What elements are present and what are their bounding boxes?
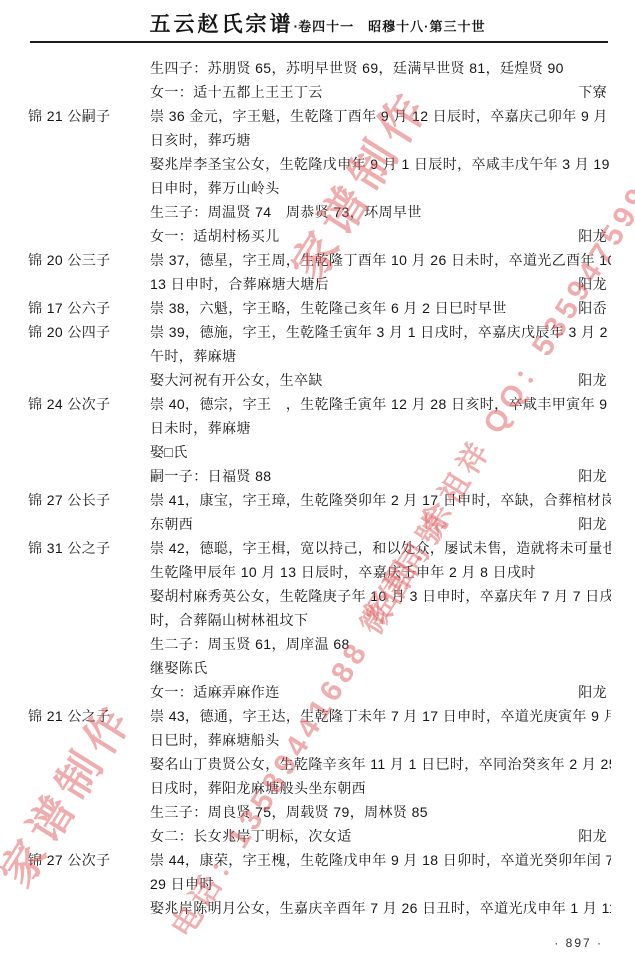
locality-tag: 阳龙 <box>578 368 607 392</box>
locality-tag: 阳龙 <box>578 224 607 248</box>
locality-tag: 阳龙 <box>578 272 607 296</box>
entry-text: 崇 39，德施，字王，生乾隆壬寅年 3 月 1 日戌时，卒嘉庆戊辰年 3 月 2… <box>150 320 611 344</box>
genealogy-page: 五云赵氏宗谱·卷四十一昭穆十八·第三十世 家谱制作 经理：余祖祥 QQ：5359… <box>0 0 635 968</box>
entry-text: 娶大河祝有开公女，生卒缺 <box>150 368 611 392</box>
text-line: 生乾隆甲辰年 10 月 13 日辰时，卒嘉庆壬申年 2 月 8 日戌时 <box>0 560 635 584</box>
text-line: 日未时，葬麻塘 <box>0 416 635 440</box>
volume-label: 卷四十一 <box>298 19 354 34</box>
text-line: 女一：适胡村杨买儿阳龙 <box>0 224 635 248</box>
text-line: 锦 24 公次子崇 40，德宗，字王 ，生乾隆壬寅年 12 月 28 日亥时，卒… <box>0 392 635 416</box>
body-lines: 生四子：苏朋贤 65，苏明早世贤 69，廷满早世贤 81，廷煌贤 90女一：适十… <box>0 56 635 920</box>
locality-tag: 下寮 <box>578 80 607 104</box>
entry-text: 女一：适麻弄麻作连 <box>150 680 611 704</box>
text-line: 嗣一子：日福贤 88阳龙 <box>0 464 635 488</box>
text-line: 日亥时，葬巧塘 <box>0 128 635 152</box>
entry-text: 生乾隆甲辰年 10 月 13 日辰时，卒嘉庆壬申年 2 月 8 日戌时 <box>150 560 611 584</box>
text-line: 13 日申时，合葬麻塘大塘后阳龙 <box>0 272 635 296</box>
book-title: 五云赵氏宗谱 <box>149 13 293 36</box>
text-line: 娶兆岸陈明月公女，生嘉庆辛酉年 7 月 26 日丑时，卒道光戊申年 1 月 11 <box>0 896 635 920</box>
text-line: 锦 27 公次子崇 44，康荣，字王槐，生乾隆戊申年 9 月 18 日卯时，卒道… <box>0 848 635 872</box>
entry-text: 日亥时，葬巧塘 <box>150 128 611 152</box>
text-line: 娶大河祝有开公女，生卒缺阳龙 <box>0 368 635 392</box>
text-line: 时，合葬隔山树林祖坟下 <box>0 608 635 632</box>
entry-label: 锦 17 公六子 <box>28 296 111 320</box>
entry-text: 女一：适十五都上王王丁云 <box>150 80 611 104</box>
entry-text: 午时，葬麻塘 <box>150 344 611 368</box>
text-line: 锦 27 公长子崇 41，康宝，字王璋，生乾隆癸卯年 2 月 17 日申时，卒缺… <box>0 488 635 512</box>
locality-tag: 阳龙 <box>578 512 607 536</box>
entry-text: 娶名山丁贵贤公女，生乾隆辛亥年 11 月 1 日巳时，卒同治癸亥年 2 月 25 <box>150 752 611 776</box>
text-line: 生二子：周玉贤 61，周庠温 68 <box>0 632 635 656</box>
entry-label: 锦 20 公四子 <box>28 320 111 344</box>
entry-text: 崇 42，德聪，字王楫，宽以持己，和以处众，屡试未售，造就将未可量也， <box>150 536 611 560</box>
entry-text: 日未时，葬麻塘 <box>150 416 611 440</box>
text-line: 女二：长女兆岸丁明标，次女适阳龙 <box>0 824 635 848</box>
entry-label: 锦 24 公次子 <box>28 392 111 416</box>
text-line: 生三子：周温贤 74 周恭贤 73，环周早世 <box>0 200 635 224</box>
text-line: 锦 20 公四子崇 39，德施，字王，生乾隆壬寅年 3 月 1 日戌时，卒嘉庆戊… <box>0 320 635 344</box>
entry-text: 13 日申时，合葬麻塘大塘后 <box>150 272 611 296</box>
entry-text: 女二：长女兆岸丁明标，次女适 <box>150 824 611 848</box>
text-line: 锦 21 公嗣子崇 36 金元，字王魁，生乾隆丁酉年 9 月 12 日辰时，卒嘉… <box>0 104 635 128</box>
entry-text: 29 日申时 <box>150 872 611 896</box>
entry-text: 娶兆岸李圣宝公女，生乾隆戊申年 9 月 1 日辰时，卒咸丰戊午年 3 月 19 <box>150 152 611 176</box>
entry-text: 嗣一子：日福贤 88 <box>150 464 611 488</box>
entry-label: 锦 27 公次子 <box>28 848 111 872</box>
entry-text: 娶□氏 <box>150 440 611 464</box>
entry-text: 女一：适胡村杨买儿 <box>150 224 611 248</box>
entry-text: 日巳时，葬麻塘船头 <box>150 728 611 752</box>
text-line: 日申时，葬万山岭头 <box>0 176 635 200</box>
entry-text: 崇 37，德星，字王周，生乾隆丁酉年 10 月 26 日未时，卒道光乙酉年 10… <box>150 248 611 272</box>
text-line: 日戌时，葬阳龙麻塘般头坐东朝西 <box>0 776 635 800</box>
entry-label: 锦 31 公之子 <box>28 536 111 560</box>
text-line: 锦 17 公六子崇 38，六魁，字王略，生乾隆己亥年 6 月 2 日巳时早世阳岙 <box>0 296 635 320</box>
entry-text: 崇 41，康宝，字王璋，生乾隆癸卯年 2 月 17 日申时，卒缺，合葬棺材岗坐 <box>150 488 611 512</box>
text-line: 日巳时，葬麻塘船头 <box>0 728 635 752</box>
text-line: 娶兆岸李圣宝公女，生乾隆戊申年 9 月 1 日辰时，卒咸丰戊午年 3 月 19 <box>0 152 635 176</box>
text-line: 东朝西阳龙 <box>0 512 635 536</box>
text-line: 29 日申时 <box>0 872 635 896</box>
entry-text: 日申时，葬万山岭头 <box>150 176 611 200</box>
entry-text: 崇 36 金元，字王魁，生乾隆丁酉年 9 月 12 日辰时，卒嘉庆己卯年 9 月… <box>150 104 611 128</box>
entry-text: 生三子：周温贤 74 周恭贤 73，环周早世 <box>150 200 611 224</box>
text-line: 午时，葬麻塘 <box>0 344 635 368</box>
entry-text: 生二子：周玉贤 61，周庠温 68 <box>150 632 611 656</box>
text-line: 生三子：周良贤 75，周载贤 79，周林贤 85 <box>0 800 635 824</box>
entry-label: 锦 21 公嗣子 <box>28 104 111 128</box>
text-line: 女一：适麻弄麻作连阳龙 <box>0 680 635 704</box>
entry-label: 锦 21 公之子 <box>28 704 111 728</box>
text-line: 娶□氏 <box>0 440 635 464</box>
page-number: · 897 · <box>554 936 603 950</box>
text-line: 继娶陈氏 <box>0 656 635 680</box>
text-line: 娶名山丁贵贤公女，生乾隆辛亥年 11 月 1 日巳时，卒同治癸亥年 2 月 25 <box>0 752 635 776</box>
entry-text: 继娶陈氏 <box>150 656 611 680</box>
entry-text: 时，合葬隔山树林祖坟下 <box>150 608 611 632</box>
locality-tag: 阳龙 <box>578 824 607 848</box>
text-line: 锦 20 公三子崇 37，德星，字王周，生乾隆丁酉年 10 月 26 日未时，卒… <box>0 248 635 272</box>
entry-text: 生四子：苏朋贤 65，苏明早世贤 69，廷满早世贤 81，廷煌贤 90 <box>150 56 611 80</box>
text-line: 生四子：苏朋贤 65，苏明早世贤 69，廷满早世贤 81，廷煌贤 90 <box>0 56 635 80</box>
section-label: 昭穆十八·第三十世 <box>368 19 485 34</box>
text-line: 娶胡村麻秀英公女，生乾隆庚子年 10 月 3 日申时，卒嘉庆年 7 月 7 日戌 <box>0 584 635 608</box>
text-line: 锦 31 公之子崇 42，德聪，字王楫，宽以持己，和以处众，屡试未售，造就将未可… <box>0 536 635 560</box>
entry-label: 锦 27 公长子 <box>28 488 111 512</box>
entry-label: 锦 20 公三子 <box>28 248 111 272</box>
text-line: 女一：适十五都上王王丁云下寮 <box>0 80 635 104</box>
entry-text: 日戌时，葬阳龙麻塘般头坐东朝西 <box>150 776 611 800</box>
entry-text: 崇 40，德宗，字王 ，生乾隆壬寅年 12 月 28 日亥时，卒咸丰甲寅年 9 … <box>150 392 611 416</box>
entry-text: 娶兆岸陈明月公女，生嘉庆辛酉年 7 月 26 日丑时，卒道光戊申年 1 月 11 <box>150 896 611 920</box>
entry-text: 崇 44，康荣，字王槐，生乾隆戊申年 9 月 18 日卯时，卒道光癸卯年闰 7 … <box>150 848 611 872</box>
entry-text: 生三子：周良贤 75，周载贤 79，周林贤 85 <box>150 800 611 824</box>
text-line: 锦 21 公之子崇 43，德通，字王达，生乾隆丁未年 7 月 17 日申时，卒道… <box>0 704 635 728</box>
entry-text: 崇 43，德通，字王达，生乾隆丁未年 7 月 17 日申时，卒道光庚寅年 9 月… <box>150 704 611 728</box>
entry-text: 娶胡村麻秀英公女，生乾隆庚子年 10 月 3 日申时，卒嘉庆年 7 月 7 日戌 <box>150 584 611 608</box>
locality-tag: 阳龙 <box>578 464 607 488</box>
entry-text: 崇 38，六魁，字王略，生乾隆己亥年 6 月 2 日巳时早世 <box>150 296 611 320</box>
locality-tag: 阳龙 <box>578 680 607 704</box>
locality-tag: 阳岙 <box>578 296 607 320</box>
entry-text: 东朝西 <box>150 512 611 536</box>
header-rule <box>30 41 608 43</box>
page-header: 五云赵氏宗谱·卷四十一昭穆十八·第三十世 <box>0 8 635 38</box>
